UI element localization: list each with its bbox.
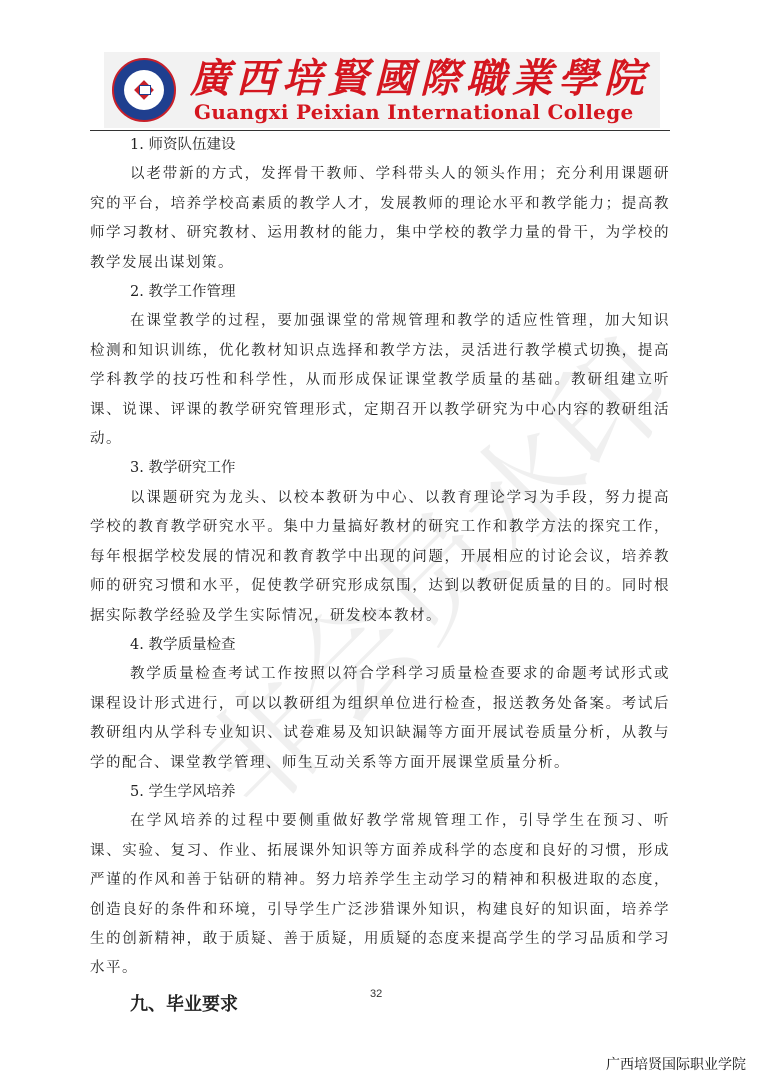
footer-college-name: 广西培贤国际职业学院 xyxy=(606,1054,746,1074)
book-icon xyxy=(139,85,151,95)
page-number: 32 xyxy=(370,988,382,1000)
section-paragraph: 以课题研究为龙头、以校本教研为中心、以教育理论学习为手段，努力提高学校的教育教学… xyxy=(90,484,670,631)
college-name-en: Guangxi Peixian International College xyxy=(194,100,634,124)
section-paragraph: 教学质量检查考试工作按照以符合学科学习质量检查要求的命题考试形式或课程设计形式进… xyxy=(90,660,670,778)
section-heading: 4. 教学质量检查 xyxy=(90,631,670,660)
section-paragraph: 以老带新的方式，发挥骨干教师、学科带头人的领头作用；充分利用课题研究的平台，培养… xyxy=(90,160,670,278)
college-name-cn: 廣西培賢國際職業學院 xyxy=(190,56,650,102)
section-heading: 2. 教学工作管理 xyxy=(90,278,670,307)
emblem-inner xyxy=(124,70,164,110)
section-paragraph: 在课堂教学的过程，要加强课堂的常规管理和教学的适应性管理，加大知识检测和知识训练… xyxy=(90,307,670,454)
section-heading: 3. 教学研究工作 xyxy=(90,454,670,483)
section-heading: 5. 学生学风培养 xyxy=(90,778,670,807)
section-paragraph: 在学风培养的过程中要侧重做好教学常规管理工作，引导学生在预习、听课、实验、复习、… xyxy=(90,807,670,983)
section-heading: 1. 师资队伍建设 xyxy=(90,131,670,160)
college-emblem-icon xyxy=(112,58,176,122)
document-body: 1. 师资队伍建设 以老带新的方式，发挥骨干教师、学科带头人的领头作用；充分利用… xyxy=(90,131,670,1020)
